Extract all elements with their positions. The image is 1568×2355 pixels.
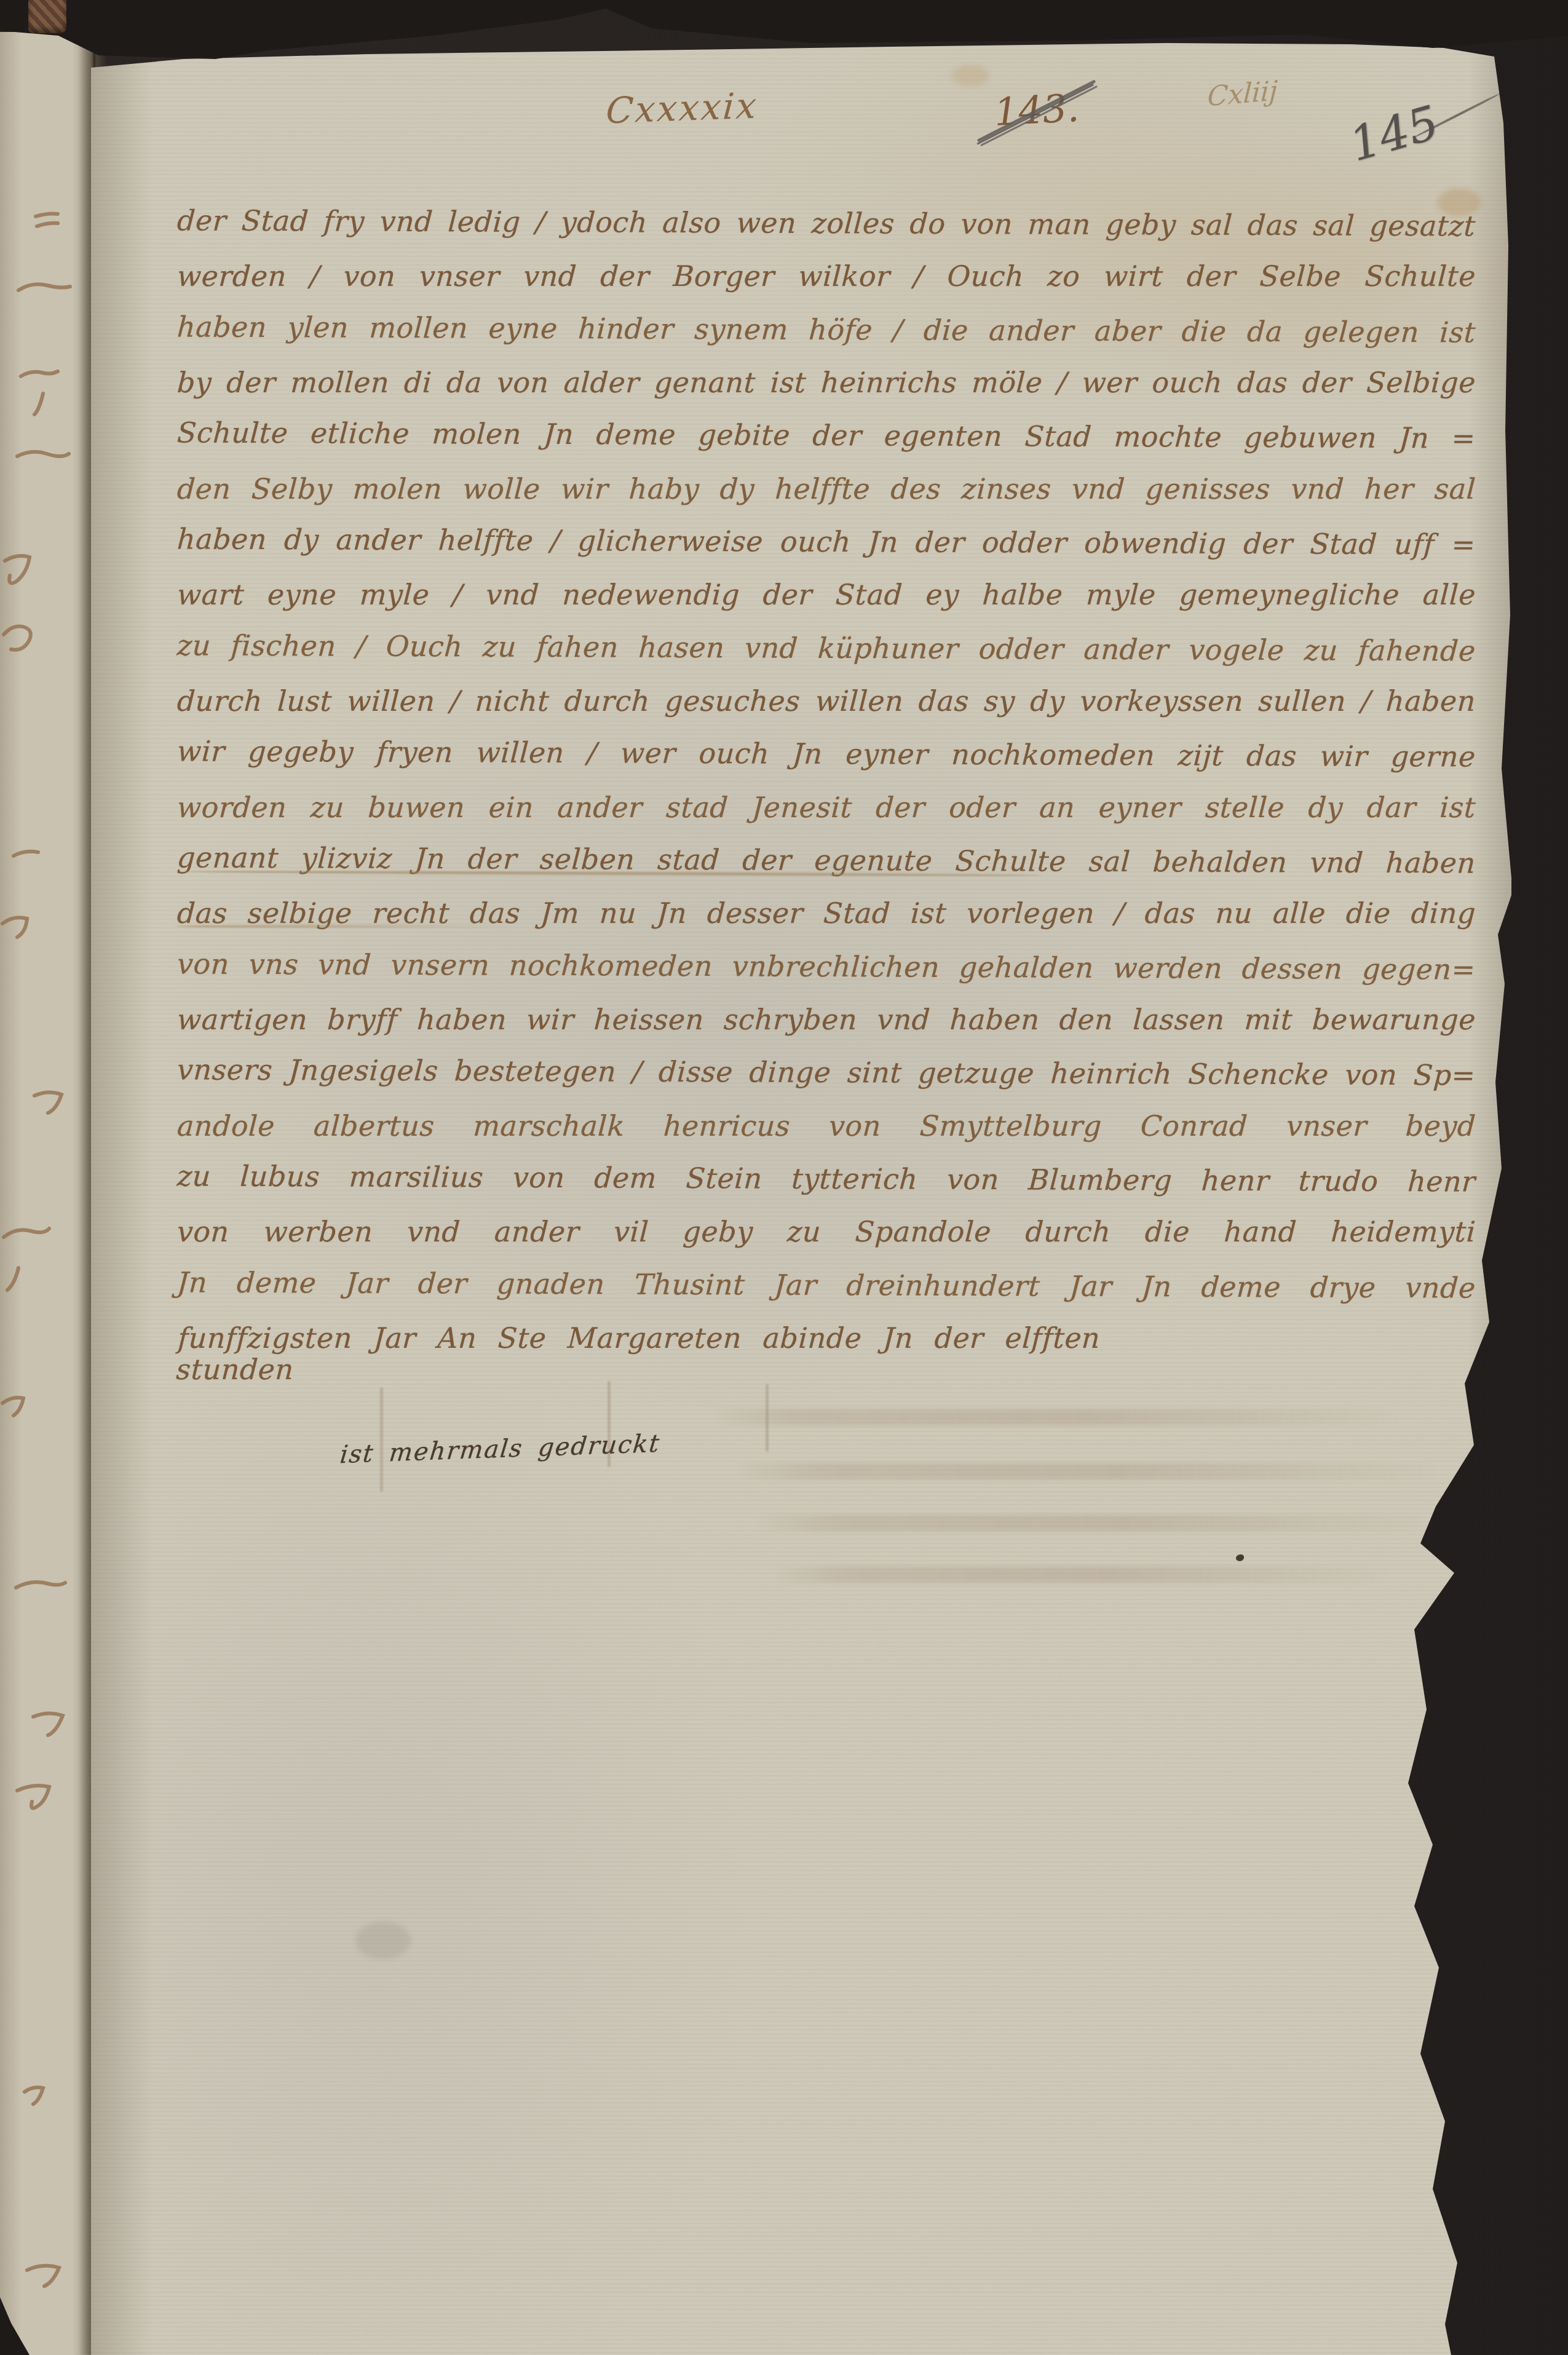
ink-trail <box>766 1384 769 1452</box>
text-line: Schulte etliche molen Jn deme gebite der… <box>176 417 1476 454</box>
text-line: den Selby molen wolle wir haby dy helfft… <box>176 473 1477 505</box>
ink-blot <box>1236 1554 1244 1561</box>
text-line: von vns vnd vnsern nochkomeden vnbrechli… <box>176 948 1476 985</box>
text-line: von werben vnd ander vil geby zu Spandol… <box>176 1216 1477 1248</box>
foxing-stain <box>1438 188 1481 216</box>
text-line: vnsers Jngesigels bestetegen / disse din… <box>176 1054 1476 1091</box>
text-line: der Stad fry vnd ledig / ydoch also wen … <box>176 205 1476 242</box>
text-line: zu lubus marsilius von dem Stein tytteri… <box>176 1160 1476 1197</box>
text-line: wir gegeby fryen willen / wer ouch Jn ey… <box>176 735 1476 772</box>
show-through <box>774 1567 1388 1583</box>
manuscript-photograph: Cxxxxix 143. Cxliij 145 der Stad fry vnd… <box>0 0 1568 2355</box>
headband-ribbon <box>28 0 66 33</box>
text-line: Jn deme Jar der gnaden Thusint Jar drein… <box>176 1267 1476 1304</box>
ink-trail <box>380 1387 383 1492</box>
pencil-folio-number: 145 <box>1344 95 1444 172</box>
text-line: by der mollen di da von alder genant ist… <box>176 367 1477 398</box>
text-line: haben dy ander helffte / glicherweise ou… <box>176 523 1476 560</box>
text-line: wartigen bryff haben wir heissen schrybe… <box>176 1004 1477 1035</box>
ink-trail <box>608 1381 611 1467</box>
chapter-numeral: Cxxxxix <box>604 84 759 132</box>
text-line: werden / von vnser vnd der Borger wilkor… <box>176 261 1477 292</box>
text-line: haben ylen mollen eyne hinder synem höfe… <box>176 311 1476 348</box>
show-through <box>737 1463 1438 1479</box>
printed-elsewhere-note: ist mehrmals gedruckt <box>339 1430 662 1469</box>
text-line: durch lust willen / nicht durch gesuches… <box>176 686 1477 717</box>
text-line: das selbige recht das Jm nu Jn desser St… <box>176 898 1477 929</box>
foxing-stain <box>952 65 989 86</box>
faded-underline <box>175 925 520 928</box>
show-through <box>755 1515 1431 1531</box>
text-line: zu fischen / Ouch zu fahen hasen vnd küp… <box>176 630 1476 667</box>
stain <box>355 1922 411 1959</box>
text-line: worden zu buwen ein ander stad Jenesit d… <box>176 792 1477 823</box>
text-line: andole albertus marschalk henricus von S… <box>176 1110 1477 1142</box>
manuscript-page: Cxxxxix 143. Cxliij 145 der Stad fry vnd… <box>91 41 1511 2355</box>
text-line: wart eyne myle / vnd nedewendig der Stad… <box>176 579 1477 611</box>
show-through <box>712 1409 1401 1425</box>
folio-numeral-light-ink: Cxliij <box>1206 75 1278 113</box>
text-line: funffzigsten Jar An Ste Margareten abind… <box>175 1323 1101 1385</box>
